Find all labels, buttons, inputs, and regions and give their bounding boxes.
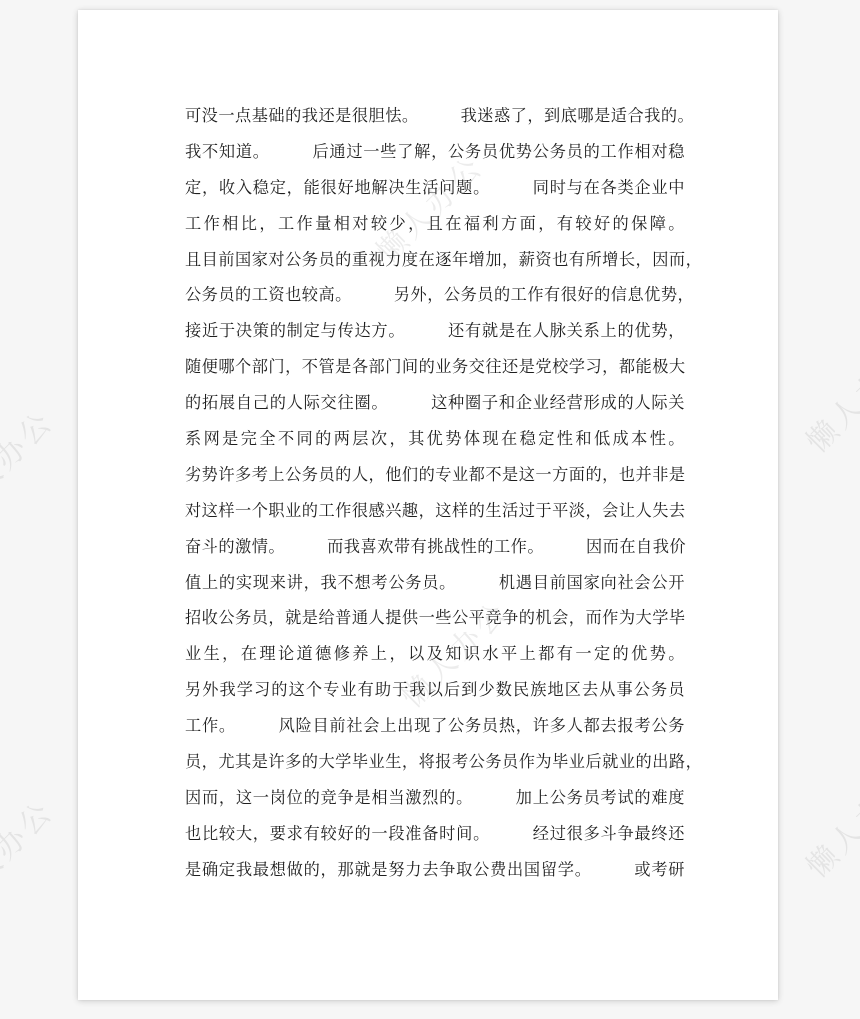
text-line: 且目前国家对公务员的重视力度在逐年增加，薪资也有所增长，因而， bbox=[185, 242, 685, 278]
text-line: 可没一点基础的我还是很胆怯。 我迷惑了，到底哪是适合我的。 bbox=[185, 98, 685, 134]
watermark: 懒人办公 bbox=[0, 788, 62, 915]
text-line: 工作相比，工作量相对较少，且在福利方面，有较好的保障。 bbox=[185, 206, 685, 242]
text-line: 随便哪个部门，不管是各部门间的业务交往还是党校学习，都能极大 bbox=[185, 349, 685, 385]
watermark: 懒人办公 bbox=[794, 333, 860, 460]
text-line: 劣势许多考上公务员的人，他们的专业都不是这一方面的，也并非是 bbox=[185, 457, 685, 493]
text-line: 的拓展自己的人际交往圈。 这种圈子和企业经营形成的人际关 bbox=[185, 385, 685, 421]
text-line: 员，尤其是许多的大学毕业生，将报考公务员作为毕业后就业的出路， bbox=[185, 744, 685, 780]
text-line: 定，收入稳定，能很好地解决生活问题。 同时与在各类企业中 bbox=[185, 170, 685, 206]
text-line: 我不知道。 后通过一些了解，公务员优势公务员的工作相对稳 bbox=[185, 134, 685, 170]
text-line: 因而，这一岗位的竞争是相当激烈的。 加上公务员考试的难度 bbox=[185, 780, 685, 816]
text-line: 工作。 风险目前社会上出现了公务员热，许多人都去报考公务 bbox=[185, 708, 685, 744]
text-line: 招收公务员，就是给普通人提供一些公平竞争的机会，而作为大学毕 bbox=[185, 600, 685, 636]
text-line: 接近于决策的制定与传达方。 还有就是在人脉关系上的优势， bbox=[185, 313, 685, 349]
document-page: 可没一点基础的我还是很胆怯。 我迷惑了，到底哪是适合我的。 我不知道。 后通过一… bbox=[78, 10, 778, 1000]
document-body: 可没一点基础的我还是很胆怯。 我迷惑了，到底哪是适合我的。 我不知道。 后通过一… bbox=[185, 98, 685, 888]
text-line: 另外我学习的这个专业有助于我以后到少数民族地区去从事公务员 bbox=[185, 672, 685, 708]
text-line: 公务员的工资也较高。 另外，公务员的工作有很好的信息优势， bbox=[185, 277, 685, 313]
watermark: 懒人办公 bbox=[794, 758, 860, 885]
text-line: 也比较大，要求有较好的一段准备时间。 经过很多斗争最终还 bbox=[185, 816, 685, 852]
text-line: 对这样一个职业的工作很感兴趣，这样的生活过于平淡，会让人失去 bbox=[185, 493, 685, 529]
text-line: 系网是完全不同的两层次，其优势体现在稳定性和低成本性。 bbox=[185, 421, 685, 457]
text-line: 是确定我最想做的，那就是努力去争取公费出国留学。 或考研 bbox=[185, 852, 685, 888]
text-line: 值上的实现来讲，我不想考公务员。 机遇目前国家向社会公开 bbox=[185, 565, 685, 601]
text-line: 业生，在理论道德修养上，以及知识水平上都有一定的优势。 bbox=[185, 636, 685, 672]
watermark: 懒人办公 bbox=[0, 398, 62, 525]
text-line: 奋斗的激情。 而我喜欢带有挑战性的工作。 因而在自我价 bbox=[185, 529, 685, 565]
